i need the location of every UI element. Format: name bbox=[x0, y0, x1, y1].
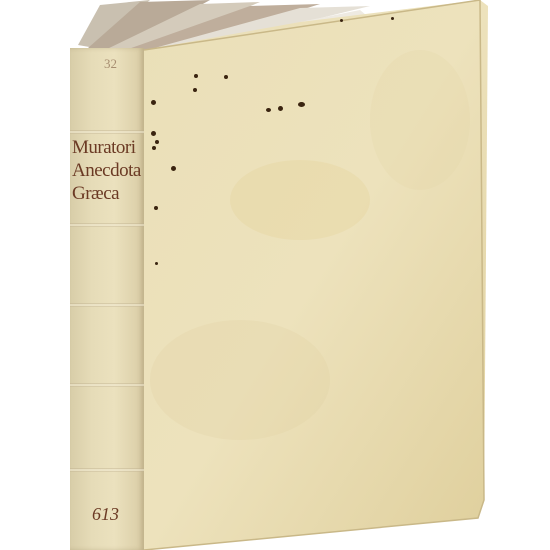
cover-spot bbox=[154, 206, 158, 210]
cover-spot bbox=[340, 19, 343, 22]
cover-spot bbox=[152, 146, 156, 150]
spine-title-line: Muratori bbox=[72, 136, 144, 159]
cover-spot bbox=[391, 17, 394, 20]
spine-call-number: 613 bbox=[92, 504, 119, 525]
cover-spot bbox=[151, 131, 156, 136]
cover-spot bbox=[171, 166, 176, 171]
spine-title-line: Anecdota bbox=[72, 159, 144, 182]
cover-spot bbox=[266, 108, 271, 112]
spine-band bbox=[70, 130, 144, 134]
spine-band bbox=[70, 383, 144, 387]
book-photo: 32 Muratori Anecdota Græca 613 bbox=[0, 0, 550, 550]
cover-spot bbox=[155, 140, 159, 144]
cover-spot bbox=[298, 102, 305, 107]
cover-spot bbox=[155, 262, 158, 265]
cover-spot bbox=[194, 74, 198, 78]
spine-band bbox=[70, 223, 144, 227]
book-spine: 32 Muratori Anecdota Græca 613 bbox=[70, 48, 144, 550]
spine-shelf-number: 32 bbox=[104, 56, 117, 72]
cover-spot bbox=[193, 88, 197, 92]
spine-title: Muratori Anecdota Græca bbox=[72, 136, 144, 205]
spine-band bbox=[70, 468, 144, 472]
cover-spot bbox=[151, 100, 156, 105]
spine-band bbox=[70, 303, 144, 307]
cover-spot bbox=[224, 75, 228, 79]
cover-spot bbox=[278, 106, 283, 111]
spine-title-line: Græca bbox=[72, 182, 144, 205]
